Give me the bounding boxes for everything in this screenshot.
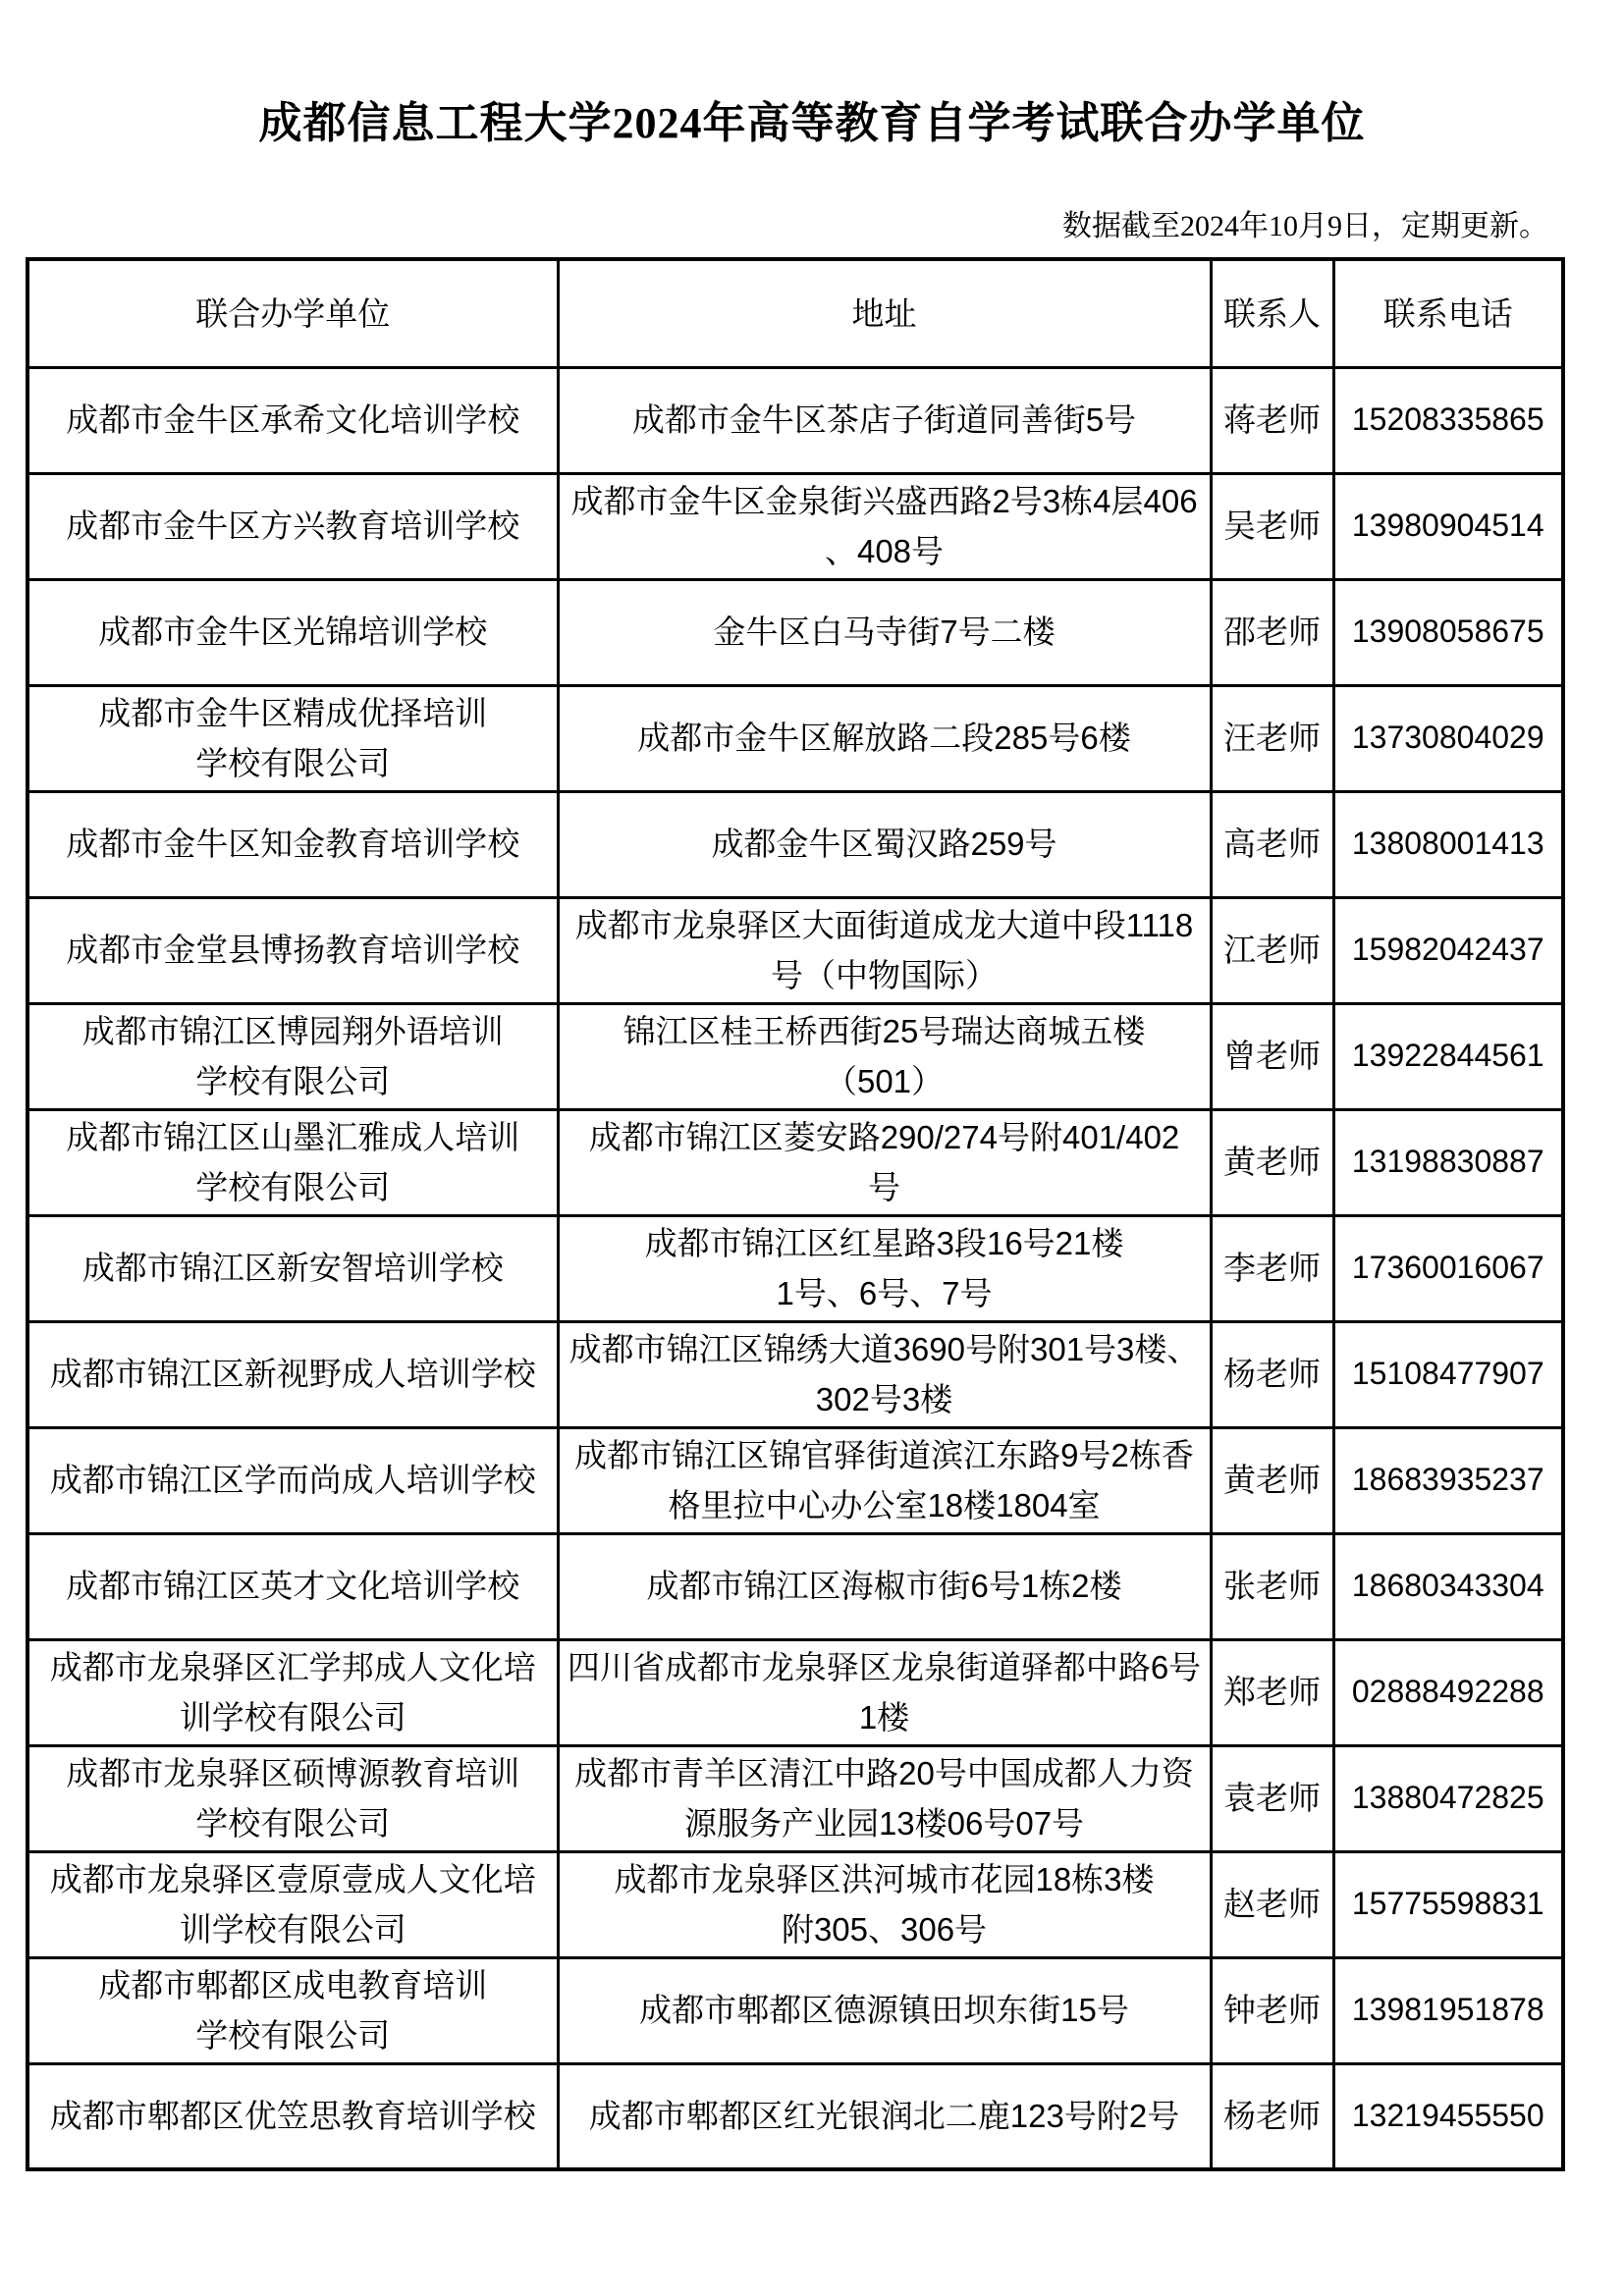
phone-number-cell: 15982042437 [1333,897,1563,1003]
unit-name-cell: 成都市郫都区成电教育培训 学校有限公司 [27,1957,558,2063]
unit-name-cell: 成都市锦江区学而尚成人培训学校 [27,1427,558,1533]
unit-name-cell: 成都市龙泉驿区硕博源教育培训 学校有限公司 [27,1745,558,1851]
address-cell: 成都市锦江区海椒市街6号1栋2楼 [558,1533,1211,1639]
phone-number-cell: 13980904514 [1333,473,1563,579]
address-cell: 成都市金牛区金泉街兴盛西路2号3栋4层406 、408号 [558,473,1211,579]
phone-number-cell: 13730804029 [1333,685,1563,791]
phone-number-cell: 15208335865 [1333,367,1563,473]
contact-person-cell: 袁老师 [1211,1745,1333,1851]
phone-number-cell: 13880472825 [1333,1745,1563,1851]
address-cell: 成都市锦江区红星路3段16号21楼 1号、6号、7号 [558,1215,1211,1321]
table-row: 成都市锦江区新视野成人培训学校 成都市锦江区锦绣大道3690号附301号3楼、 … [27,1321,1563,1427]
table-row: 成都市金牛区精成优择培训 学校有限公司 成都市金牛区解放路二段285号6楼 汪老… [27,685,1563,791]
address-cell: 四川省成都市龙泉驿区龙泉街道驿都中路6号 1楼 [558,1639,1211,1745]
contact-person-cell: 李老师 [1211,1215,1333,1321]
table-row: 成都市锦江区山墨汇雅成人培训 学校有限公司 成都市锦江区菱安路290/274号附… [27,1109,1563,1215]
address-cell: 成都市龙泉驿区大面街道成龙大道中段1118 号（中物国际） [558,897,1211,1003]
address-cell: 成都市郫都区德源镇田坝东街15号 [558,1957,1211,2063]
table-row: 成都市龙泉驿区壹原壹成人文化培 训学校有限公司 成都市龙泉驿区洪河城市花园18栋… [27,1851,1563,1957]
phone-number-cell: 18683935237 [1333,1427,1563,1533]
column-header-contact: 联系人 [1211,259,1333,367]
address-cell: 成都市锦江区锦官驿街道滨江东路9号2栋香 格里拉中心办公室18楼1804室 [558,1427,1211,1533]
unit-name-cell: 成都市金牛区承希文化培训学校 [27,367,558,473]
unit-name-cell: 成都市锦江区新安智培训学校 [27,1215,558,1321]
table-row: 成都市郫都区优笠思教育培训学校 成都市郫都区红光银润北二鹿123号附2号 杨老师… [27,2063,1563,2169]
contact-person-cell: 杨老师 [1211,1321,1333,1427]
contact-person-cell: 汪老师 [1211,685,1333,791]
contact-person-cell: 江老师 [1211,897,1333,1003]
unit-name-cell: 成都市金牛区光锦培训学校 [27,579,558,685]
address-cell: 成都市金牛区茶店子街道同善街5号 [558,367,1211,473]
unit-name-cell: 成都市金牛区方兴教育培训学校 [27,473,558,579]
column-header-phone: 联系电话 [1333,259,1563,367]
address-cell: 金牛区白马寺街7号二楼 [558,579,1211,685]
contact-person-cell: 高老师 [1211,791,1333,897]
contact-person-cell: 吴老师 [1211,473,1333,579]
phone-number-cell: 18680343304 [1333,1533,1563,1639]
phone-number-cell: 15108477907 [1333,1321,1563,1427]
unit-name-cell: 成都市郫都区优笠思教育培训学校 [27,2063,558,2169]
unit-name-cell: 成都市金堂县博扬教育培训学校 [27,897,558,1003]
contact-person-cell: 黄老师 [1211,1427,1333,1533]
unit-name-cell: 成都市金牛区知金教育培训学校 [27,791,558,897]
address-cell: 成都市龙泉驿区洪河城市花园18栋3楼 附305、306号 [558,1851,1211,1957]
contact-person-cell: 杨老师 [1211,2063,1333,2169]
table-row: 成都市锦江区新安智培训学校 成都市锦江区红星路3段16号21楼 1号、6号、7号… [27,1215,1563,1321]
table-row: 成都市金牛区知金教育培训学校 成都金牛区蜀汉路259号 高老师 13808001… [27,791,1563,897]
unit-name-cell: 成都市锦江区博园翔外语培训 学校有限公司 [27,1003,558,1109]
phone-number-cell: 13908058675 [1333,579,1563,685]
unit-name-cell: 成都市锦江区英才文化培训学校 [27,1533,558,1639]
address-cell: 成都市青羊区清江中路20号中国成都人力资 源服务产业园13楼06号07号 [558,1745,1211,1851]
unit-name-cell: 成都市锦江区山墨汇雅成人培训 学校有限公司 [27,1109,558,1215]
table-header: 联合办学单位 地址 联系人 联系电话 [27,259,1563,367]
data-cutoff-note: 数据截至2024年10月9日，定期更新。 [1062,209,1548,244]
column-header-unit: 联合办学单位 [27,259,558,367]
contact-person-cell: 钟老师 [1211,1957,1333,2063]
table-row: 成都市金堂县博扬教育培训学校 成都市龙泉驿区大面街道成龙大道中段1118 号（中… [27,897,1563,1003]
contact-person-cell: 邵老师 [1211,579,1333,685]
phone-number-cell: 02888492288 [1333,1639,1563,1745]
column-header-address: 地址 [558,259,1211,367]
table-row: 成都市龙泉驿区硕博源教育培训 学校有限公司 成都市青羊区清江中路20号中国成都人… [27,1745,1563,1851]
phone-number-cell: 13981951878 [1333,1957,1563,2063]
address-cell: 成都市锦江区菱安路290/274号附401/402 号 [558,1109,1211,1215]
address-cell: 成都市金牛区解放路二段285号6楼 [558,685,1211,791]
address-cell: 成都金牛区蜀汉路259号 [558,791,1211,897]
address-cell: 锦江区桂王桥西街25号瑞达商城五楼 （501） [558,1003,1211,1109]
contact-person-cell: 张老师 [1211,1533,1333,1639]
table-row: 成都市金牛区承希文化培训学校 成都市金牛区茶店子街道同善街5号 蒋老师 1520… [27,367,1563,473]
unit-name-cell: 成都市金牛区精成优择培训 学校有限公司 [27,685,558,791]
phone-number-cell: 15775598831 [1333,1851,1563,1957]
contact-person-cell: 黄老师 [1211,1109,1333,1215]
phone-number-cell: 13198830887 [1333,1109,1563,1215]
page-title: 成都信息工程大学2024年高等教育自学考试联合办学单位 [0,98,1624,150]
table-row: 成都市锦江区博园翔外语培训 学校有限公司 锦江区桂王桥西街25号瑞达商城五楼 （… [27,1003,1563,1109]
phone-number-cell: 13808001413 [1333,791,1563,897]
table-row: 成都市郫都区成电教育培训 学校有限公司 成都市郫都区德源镇田坝东街15号 钟老师… [27,1957,1563,2063]
table-row: 成都市锦江区学而尚成人培训学校 成都市锦江区锦官驿街道滨江东路9号2栋香 格里拉… [27,1427,1563,1533]
phone-number-cell: 17360016067 [1333,1215,1563,1321]
table-row: 成都市锦江区英才文化培训学校 成都市锦江区海椒市街6号1栋2楼 张老师 1868… [27,1533,1563,1639]
table-row: 成都市金牛区方兴教育培训学校 成都市金牛区金泉街兴盛西路2号3栋4层406 、4… [27,473,1563,579]
table-header-row: 联合办学单位 地址 联系人 联系电话 [27,259,1563,367]
unit-name-cell: 成都市龙泉驿区汇学邦成人文化培 训学校有限公司 [27,1639,558,1745]
contact-person-cell: 郑老师 [1211,1639,1333,1745]
contact-person-cell: 曾老师 [1211,1003,1333,1109]
address-cell: 成都市锦江区锦绣大道3690号附301号3楼、 302号3楼 [558,1321,1211,1427]
joint-education-units-table: 联合办学单位 地址 联系人 联系电话 成都市金牛区承希文化培训学校 成都市金牛区… [26,257,1565,2171]
table-row: 成都市金牛区光锦培训学校 金牛区白马寺街7号二楼 邵老师 13908058675 [27,579,1563,685]
phone-number-cell: 13219455550 [1333,2063,1563,2169]
table-row: 成都市龙泉驿区汇学邦成人文化培 训学校有限公司 四川省成都市龙泉驿区龙泉街道驿都… [27,1639,1563,1745]
contact-person-cell: 赵老师 [1211,1851,1333,1957]
address-cell: 成都市郫都区红光银润北二鹿123号附2号 [558,2063,1211,2169]
unit-name-cell: 成都市龙泉驿区壹原壹成人文化培 训学校有限公司 [27,1851,558,1957]
unit-name-cell: 成都市锦江区新视野成人培训学校 [27,1321,558,1427]
phone-number-cell: 13922844561 [1333,1003,1563,1109]
contact-person-cell: 蒋老师 [1211,367,1333,473]
